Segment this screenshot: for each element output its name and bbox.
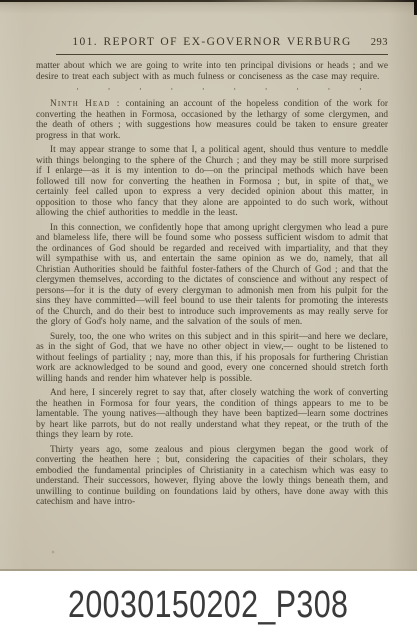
scan-id-label: 20030150202_P308 — [68, 584, 348, 627]
page-number: 293 — [371, 38, 388, 49]
header-title: REPORT OF EX-GOVERNOR VERBURG — [103, 36, 351, 48]
running-header: 101. REPORT OF EX-GOVERNOR VERBURG 293 — [36, 37, 388, 50]
paragraph: And here, I sincerely regret to say that… — [36, 388, 388, 441]
paragraph-ninth-head: Ninth Head : containing an account of th… — [36, 99, 388, 141]
scanned-book-page-screenshot: 101. REPORT OF EX-GOVERNOR VERBURG 293 m… — [0, 0, 417, 640]
paragraph: It may appear strange to some that I, a … — [36, 145, 388, 219]
dots-separator: · · · · · · · · · · — [36, 86, 388, 95]
paragraph: In this connection, we confidently hope … — [36, 223, 388, 328]
header-rule — [56, 54, 388, 55]
scanned-page: 101. REPORT OF EX-GOVERNOR VERBURG 293 m… — [0, 0, 417, 571]
paragraph: matter about which we are going to write… — [36, 61, 388, 82]
footer-strip: 20030150202_P308 — [0, 571, 417, 640]
page-text-block: 101. REPORT OF EX-GOVERNOR VERBURG 293 m… — [36, 37, 388, 512]
paragraph: Thirty years ago, some zealous and pious… — [36, 445, 388, 508]
paragraph: Surely, too, the one who writes on this … — [36, 332, 388, 385]
section-number: 101. — [72, 36, 98, 48]
scan-top-edge — [0, 0, 417, 2]
scan-speck — [52, 551, 54, 553]
ninth-head-label: Ninth Head : — [50, 99, 120, 109]
